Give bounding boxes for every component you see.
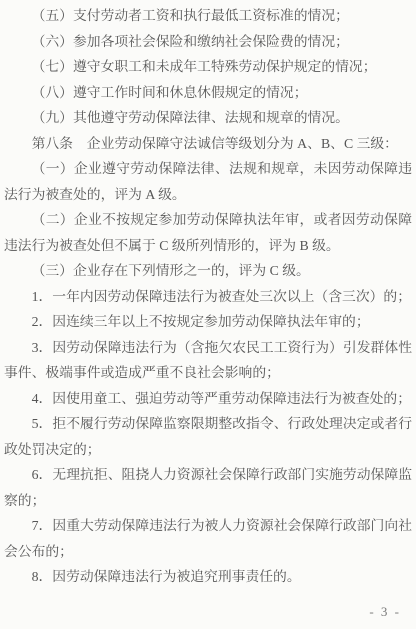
clause-item-9: （九）其他遵守劳动保障法律、法规和规章的情况。	[4, 105, 412, 131]
grade-c-item-5: 5．拒不履行劳动保障监察限期整改指令、行政处理决定或者行政处罚决定的；	[4, 411, 412, 462]
document-body: （五）支付劳动者工资和执行最低工资标准的情况； （六）参加各项社会保险和缴纳社会…	[4, 3, 412, 590]
grade-c-item-6: 6．无理抗拒、阻挠人力资源社会保障行政部门实施劳动保障监察的；	[4, 462, 412, 513]
article-8-heading: 第八条 企业劳动保障守法诚信等级划分为 A、B、C 三级：	[4, 131, 412, 157]
clause-item-5: （五）支付劳动者工资和执行最低工资标准的情况；	[4, 3, 412, 29]
grade-b-clause: （二）企业不按规定参加劳动保障执法年审，或者因劳动保障违法行为被查处但不属于 C…	[4, 207, 412, 258]
grade-a-clause: （一）企业遵守劳动保障法律、法规和规章，未因劳动保障违法行为被查处的，评为 A …	[4, 156, 412, 207]
grade-c-item-8: 8．因劳动保障违法行为被追究刑事责任的。	[4, 564, 412, 590]
grade-c-item-3: 3．因劳动保障违法行为（含拖欠农民工工资行为）引发群体性事件、极端事件或造成严重…	[4, 335, 412, 386]
grade-c-item-2: 2．因连续三年以上不按规定参加劳动保障执法年审的；	[4, 309, 412, 335]
grade-c-clause: （三）企业存在下列情形之一的，评为 C 级。	[4, 258, 412, 284]
grade-c-item-4: 4．因使用童工、强迫劳动等严重劳动保障违法行为被查处的；	[4, 386, 412, 412]
grade-c-item-7: 7．因重大劳动保障违法行为被人力资源社会保障行政部门向社会公布的；	[4, 513, 412, 564]
page-number: - 3 -	[369, 604, 401, 620]
clause-item-8: （八）遵守工作时间和休息休假规定的情况；	[4, 80, 412, 106]
clause-item-6: （六）参加各项社会保险和缴纳社会保险费的情况；	[4, 29, 412, 55]
document-page: （五）支付劳动者工资和执行最低工资标准的情况； （六）参加各项社会保险和缴纳社会…	[0, 0, 416, 629]
grade-c-item-1: 1．一年内因劳动保障违法行为被查处三次以上（含三次）的；	[4, 284, 412, 310]
clause-item-7: （七）遵守女职工和未成年工特殊劳动保护规定的情况；	[4, 54, 412, 80]
